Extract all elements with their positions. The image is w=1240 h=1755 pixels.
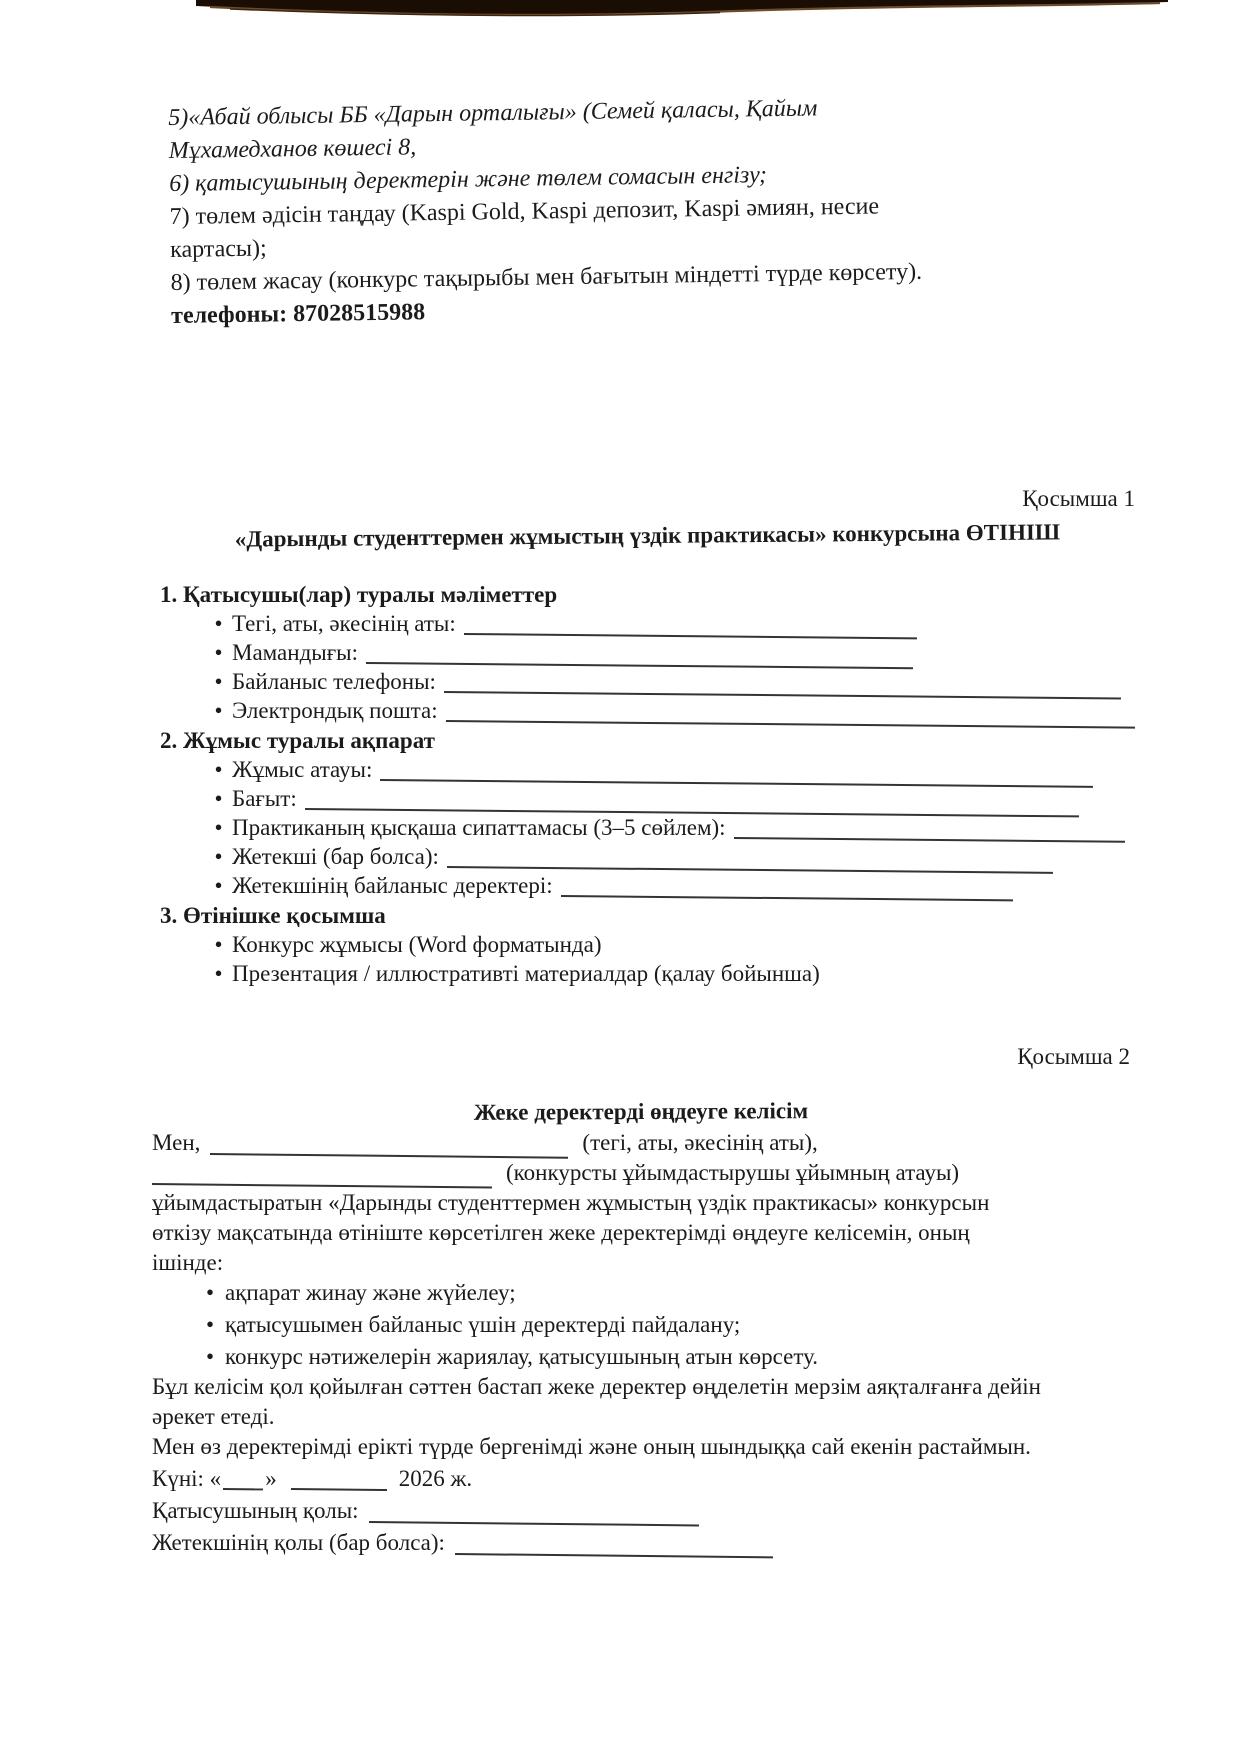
bullet-icon: • — [195, 1310, 225, 1340]
consent-item-publish: • конкурс нәтижелерін жариялау, қатысушы… — [152, 1342, 1130, 1372]
bullet-icon: • — [195, 1278, 225, 1308]
consent-org-suffix: (конкурсты ұйымдастырушы ұйымның атауы) — [506, 1158, 959, 1188]
bullet-icon: • — [205, 784, 232, 813]
validity-line-2: әрекет етеді. — [152, 1402, 1130, 1432]
field-label-description: Практиканың қысқаша сипаттамасы (3–5 сөй… — [232, 813, 726, 842]
scan-edge-shape — [0, 0, 1240, 26]
blank-line-signature-participant — [369, 1496, 699, 1526]
field-label-phone: Байланыс телефоны: — [232, 667, 436, 696]
blank-line-signature-supervisor — [455, 1528, 773, 1558]
field-row-direction: • Бағыт: — [160, 784, 1135, 813]
consent-title: Жеке деректерді өңдеуге келісім — [152, 1095, 1130, 1128]
signature-participant-label: Қатысушының қолы: — [152, 1496, 359, 1526]
consent-name-row: Мен, (тегі, аты, әкесінің аты), — [152, 1128, 1130, 1158]
field-label-fullname: Тегі, аты, әкесінің аты: — [232, 609, 456, 638]
consent-name-prefix: Мен, — [152, 1128, 200, 1158]
section-3-heading: 3. Өтінішке қосымша — [160, 901, 1135, 930]
bullet-icon: • — [205, 667, 232, 696]
blank-line-work-title — [380, 755, 1093, 788]
blank-line-consent-org — [152, 1158, 492, 1189]
blank-line-speciality — [366, 638, 913, 669]
bullet-icon: • — [205, 813, 232, 842]
bullet-icon: • — [205, 930, 232, 959]
attachment-label-presentation: Презентация / иллюстративті материалдар … — [232, 959, 820, 988]
consent-org-row: (конкурсты ұйымдастырушы ұйымның атауы) — [152, 1158, 1130, 1188]
field-row-email: • Электрондық пошта: — [160, 696, 1135, 725]
blank-line-fullname — [464, 609, 917, 639]
consent-paragraph-line-2: өткізу мақсатында өтініште көрсетілген ж… — [152, 1218, 1130, 1248]
bullet-icon: • — [205, 842, 232, 871]
attachment-item-work: • Конкурс жұмысы (Word форматында) — [160, 930, 1135, 959]
blank-line-consent-name — [210, 1128, 568, 1159]
blank-line-date-day — [223, 1464, 263, 1490]
section-2-heading: 2. Жұмыс туралы ақпарат — [160, 726, 1135, 755]
field-row-supervisor-contacts: • Жетекшінің байланыс деректері: — [160, 871, 1135, 900]
blank-line-email — [446, 696, 1136, 729]
bullet-icon: • — [205, 755, 232, 784]
validity-line-1: Бұл келісім қол қойылған сәттен бастап ж… — [152, 1372, 1130, 1402]
bullet-icon: • — [205, 871, 232, 900]
field-row-description: • Практиканың қысқаша сипаттамасы (3–5 с… — [160, 813, 1135, 842]
bullet-icon: • — [205, 609, 232, 638]
blank-line-phone — [444, 667, 1121, 699]
consent-item-contact-label: қатысушымен байланыс үшін деректерді пай… — [225, 1310, 740, 1340]
field-row-speciality: • Мамандығы: — [160, 638, 1135, 667]
appendix-1-block: Қосымша 1 «Дарынды студенттермен жұмысты… — [160, 486, 1135, 988]
field-row-work-title: • Жұмыс атауы: — [160, 755, 1135, 784]
field-label-supervisor: Жетекші (бар болса): — [232, 842, 439, 871]
attachment-item-presentation: • Презентация / иллюстративті материалда… — [160, 959, 1135, 988]
field-row-phone: • Байланыс телефоны: — [160, 667, 1135, 696]
field-label-work-title: Жұмыс атауы: — [232, 755, 372, 784]
consent-name-suffix: (тегі, аты, әкесінің аты), — [582, 1128, 817, 1158]
field-label-supervisor-contacts: Жетекшінің байланыс деректері: — [232, 871, 553, 900]
field-label-email: Электрондық пошта: — [232, 696, 438, 725]
attachment-label-work: Конкурс жұмысы (Word форматында) — [232, 930, 602, 959]
confirmation-line: Мен өз деректерімді ерікті түрде бергені… — [152, 1432, 1130, 1462]
consent-item-contact: • қатысушымен байланыс үшін деректерді п… — [152, 1310, 1130, 1340]
appendix-1-label: Қосымша 1 — [160, 486, 1135, 512]
appendix-2-block: Қосымша 2 Жеке деректерді өңдеуге келісі… — [152, 1044, 1130, 1558]
consent-paragraph-line-1: ұйымдастыратын «Дарынды студенттермен жұ… — [152, 1188, 1130, 1218]
payment-steps-block: 5)«Абай облысы ББ «Дарын орталығы» (Семе… — [168, 88, 1131, 333]
field-row-supervisor: • Жетекші (бар болса): — [160, 842, 1135, 871]
blank-line-date-month — [291, 1464, 387, 1491]
scanned-document-page: 5)«Абай облысы ББ «Дарын орталығы» (Семе… — [0, 0, 1240, 1755]
blank-line-description — [734, 813, 1126, 843]
bullet-icon: • — [205, 638, 232, 667]
field-row-fullname: • Тегі, аты, әкесінің аты: — [160, 609, 1135, 638]
application-form-title: «Дарынды студенттермен жұмыстың үздік пр… — [160, 518, 1135, 555]
date-row: Күні: « » 2026 ж. — [152, 1464, 1130, 1494]
scan-edge-artifact — [0, 0, 1240, 26]
field-label-direction: Бағыт: — [232, 784, 297, 813]
consent-item-publish-label: конкурс нәтижелерін жариялау, қатысушыны… — [225, 1342, 818, 1372]
bullet-icon: • — [205, 696, 232, 725]
signature-participant-row: Қатысушының қолы: — [152, 1496, 1130, 1526]
bullet-icon: • — [195, 1342, 225, 1372]
field-label-speciality: Мамандығы: — [232, 638, 358, 667]
signature-supervisor-row: Жетекшінің қолы (бар болса): — [152, 1528, 1130, 1558]
consent-paragraph-line-3: ішінде: — [152, 1248, 1130, 1278]
date-year: 2026 ж. — [399, 1464, 472, 1494]
blank-line-supervisor-contacts — [561, 871, 1014, 901]
blank-line-supervisor — [447, 842, 1053, 874]
signature-supervisor-label: Жетекшінің қолы (бар болса): — [152, 1528, 445, 1558]
date-mid: » — [265, 1464, 277, 1494]
date-prefix: Күні: « — [152, 1464, 221, 1494]
consent-item-collect: • ақпарат жинау және жүйелеу; — [152, 1278, 1130, 1308]
section-1-heading: 1. Қатысушы(лар) туралы мәліметтер — [160, 580, 1135, 609]
consent-item-collect-label: ақпарат жинау және жүйелеу; — [225, 1278, 516, 1308]
appendix-2-label: Қосымша 2 — [152, 1044, 1130, 1070]
bullet-icon: • — [205, 959, 232, 988]
